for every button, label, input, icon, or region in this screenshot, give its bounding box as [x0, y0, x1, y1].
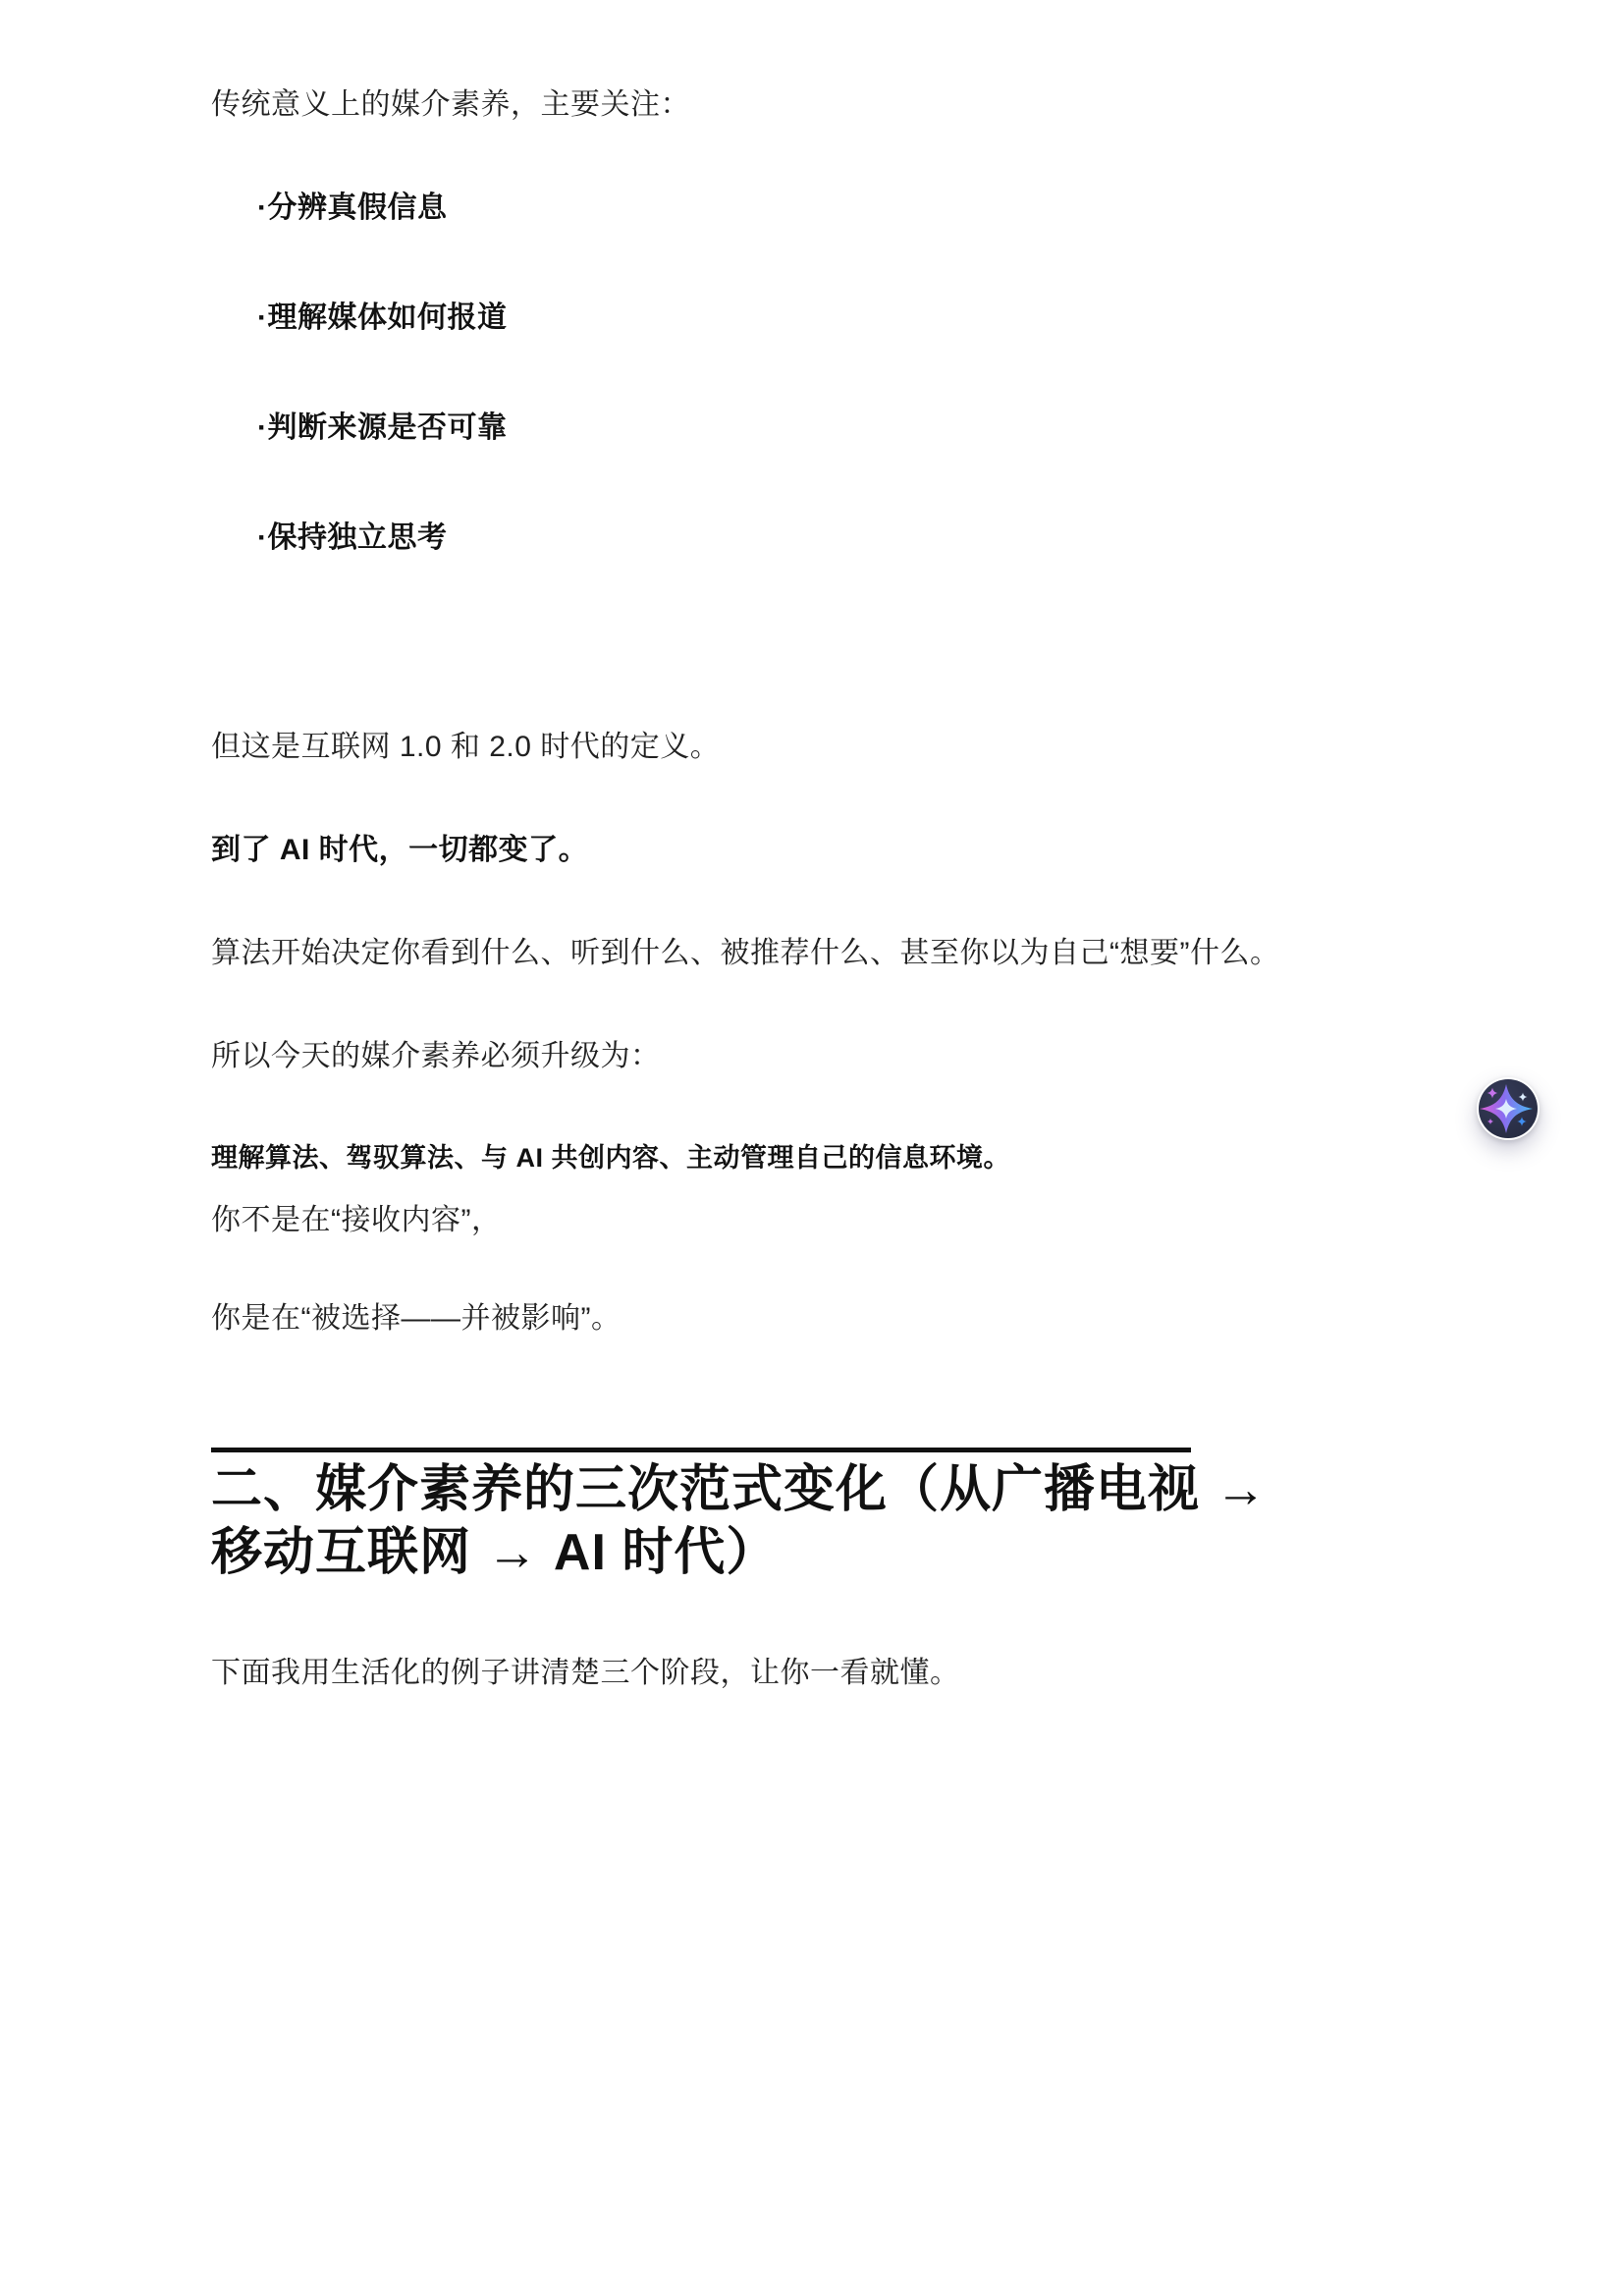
bullet-item-1: ·分辨真假信息	[257, 190, 1465, 227]
sparkle-icon	[1477, 1077, 1540, 1140]
ai-assistant-button[interactable]	[1477, 1077, 1540, 1140]
section-heading-line-2: 移动互联网 → AI 时代）	[211, 1521, 1465, 1584]
paragraph-being-selected: 你是在“被选择——并被影响”。	[211, 1300, 1465, 1338]
paragraph-ai-changed: 到了 AI 时代，一切都变了。	[211, 832, 1465, 869]
paragraph-not-receiving: 你不是在“接收内容”，	[211, 1202, 1465, 1239]
paragraph-era: 但这是互联网 1.0 和 2.0 时代的定义。	[211, 729, 1465, 766]
paragraph-intro: 传统意义上的媒介素养，主要关注：	[211, 86, 1465, 124]
paragraph-upgrade-bold: 理解算法、驾驭算法、与 AI 共创内容、主动管理自己的信息环境。	[211, 1141, 1465, 1175]
bullet-item-3: ·判断来源是否可靠	[257, 410, 1465, 447]
heading-divider-bar	[211, 1448, 1191, 1452]
section-heading: 二、媒介素养的三次范式变化（从广播电视 → 移动互联网 → AI 时代）	[211, 1458, 1465, 1584]
paragraph-outro: 下面我用生活化的例子讲清楚三个阶段，让你一看就懂。	[211, 1655, 1465, 1692]
article-page: 传统意义上的媒介素养，主要关注： ·分辨真假信息 ·理解媒体如何报道 ·判断来源…	[0, 0, 1622, 2296]
paragraph-algorithm: 算法开始决定你看到什么、听到什么、被推荐什么、甚至你以为自己“想要”什么。	[211, 935, 1465, 972]
bullet-item-4: ·保持独立思考	[257, 519, 1465, 557]
bullet-item-2: ·理解媒体如何报道	[257, 300, 1465, 337]
paragraph-upgrade: 所以今天的媒介素养必须升级为：	[211, 1038, 1465, 1075]
section-heading-line-1: 二、媒介素养的三次范式变化（从广播电视 →	[211, 1458, 1465, 1521]
